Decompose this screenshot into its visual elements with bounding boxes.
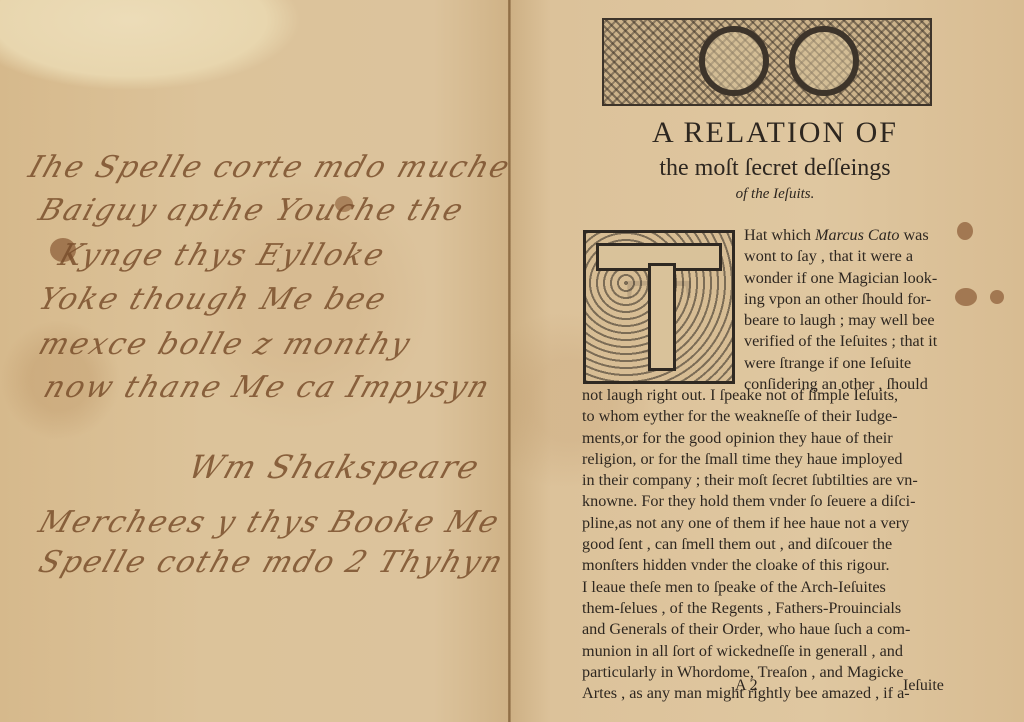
italic-name: Marcus Cato xyxy=(815,226,899,244)
text-line: wonder if one Magician look- xyxy=(744,268,937,289)
body-text-block: not laugh right out. I ſpeake not of ſim… xyxy=(582,385,918,704)
decorated-initial: T xyxy=(583,230,735,384)
title-line-3: of the Ieſuits. xyxy=(560,186,990,203)
text-line: ing vpon an other ſhould for- xyxy=(744,289,937,310)
initial-stem xyxy=(648,263,676,371)
text-line: good ſent , can ſmell them out , and diſ… xyxy=(582,534,918,555)
text-line: wont to ſay , that it were a xyxy=(744,246,937,267)
manuscript-line: now thane Me ca Impysyn xyxy=(39,370,495,405)
title-line-2: the moſt ſecret deſſeings xyxy=(560,155,990,182)
ink-blot xyxy=(955,288,977,306)
catchword: Ieſuite xyxy=(903,677,944,695)
ornament-c-icon xyxy=(699,26,769,96)
manuscript-line: Ihe Spelle corte mdo muche xyxy=(24,150,515,185)
ink-blot xyxy=(957,222,973,240)
manuscript-line: Yoke though Me bee xyxy=(34,282,392,317)
text-line: ments,or for the good opinion they haue … xyxy=(582,428,918,449)
book-gutter xyxy=(508,0,511,722)
manuscript-line: Merchees y thys Booke Me xyxy=(34,505,505,540)
text-line: them-ſelues , of the Regents , Fathers-P… xyxy=(582,598,918,619)
text-line: and Generals of their Order, who haue ſu… xyxy=(582,619,918,640)
text-line: pline,as not any one of them if hee haue… xyxy=(582,513,918,534)
ornament-o-icon xyxy=(789,26,859,96)
text-line: verified of the Ieſuites ; that it xyxy=(744,331,937,352)
text-line: beare to laugh ; may well bee xyxy=(744,310,937,331)
title-line-1: A RELATION OF xyxy=(560,116,990,150)
manuscript-line: Kynge thys Eylloke xyxy=(54,238,390,273)
text-line: I leaue theſe men to ſpeake of the Arch-… xyxy=(582,577,918,598)
drop-cap-text-block: Hat which Marcus Cato was wont to ſay , … xyxy=(744,225,937,395)
text-line: religion, or for the ſmall time they hau… xyxy=(582,449,918,470)
ink-blot xyxy=(990,290,1004,304)
text-line: not laugh right out. I ſpeake not of ſim… xyxy=(582,385,918,406)
text-line: monſters hidden vnder the cloake of this… xyxy=(582,555,918,576)
manuscript-line: Spelle cothe mdo 2 Thyhyn xyxy=(34,545,509,580)
ornamental-headpiece xyxy=(602,18,932,106)
manuscript-line: Baiguy apthe Youche the xyxy=(34,193,469,228)
left-page: Ihe Spelle corte mdo muche Baiguy apthe … xyxy=(0,0,510,722)
signature-mark: A 2 xyxy=(735,677,758,695)
signature: Wm Shakspeare xyxy=(184,448,486,486)
text-line: Hat which Marcus Cato was xyxy=(744,225,937,246)
text-line: knowne. For they hold them vnder ſo ſeue… xyxy=(582,491,918,512)
text-line: in their company ; their moſt ſecret ſub… xyxy=(582,470,918,491)
text-line: to whom eyther for the weakneſſe of thei… xyxy=(582,406,918,427)
manuscript-line: mexce bolle z monthy xyxy=(34,327,416,362)
text-line: munion in all ſort of wickedneſſe in gen… xyxy=(582,641,918,662)
text-line: were ſtrange if one Ieſuite xyxy=(744,353,937,374)
